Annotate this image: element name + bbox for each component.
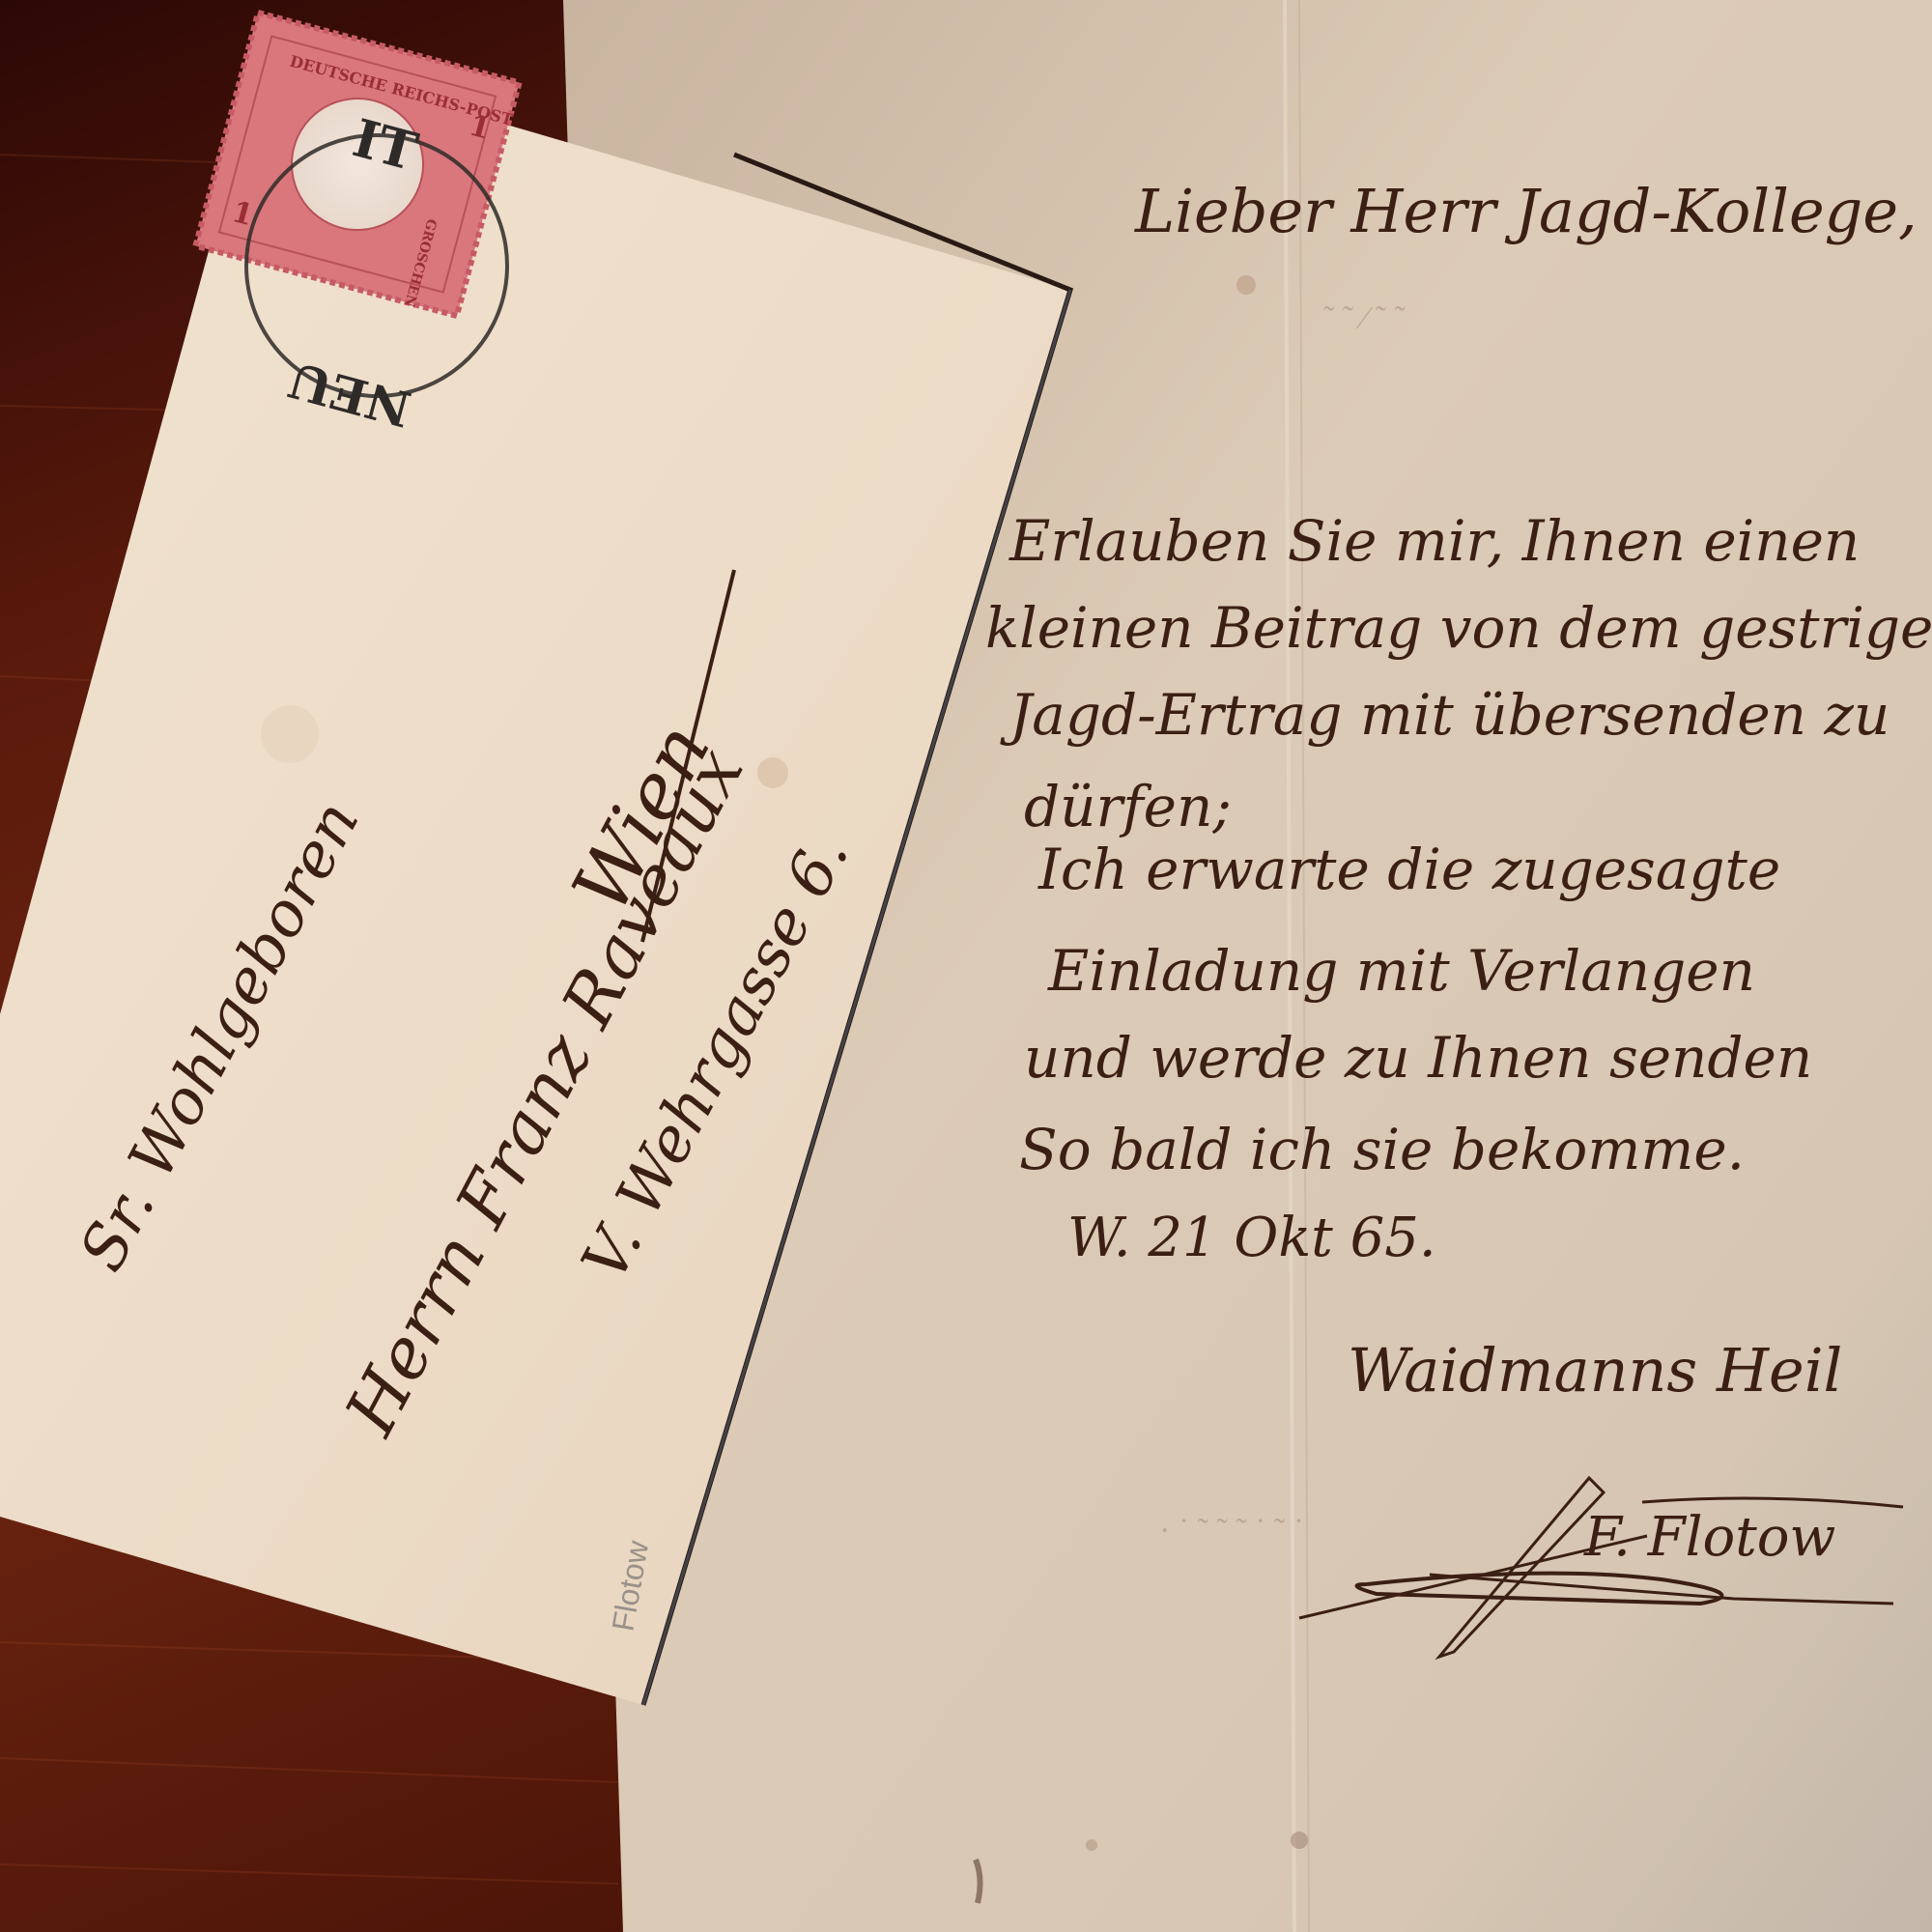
letter-line: Jagd-Ertrag mit übersenden zu bbox=[1000, 682, 1889, 748]
letter-line: kleinen Beitrag von dem gestrigen bbox=[985, 595, 1932, 661]
letter-line: und werde zu Ihnen senden bbox=[1024, 1025, 1812, 1091]
letter-line: Einladung mit Verlangen bbox=[1047, 938, 1755, 1004]
scene-svg: ˜ ˜ ⁄ ˜ ˜ · ˙ ˜ ˜ ˜ ˙ ˜ ˙ Lieber Herr Ja… bbox=[0, 0, 1932, 1932]
letter-line: Ich erwarte die zugesagte bbox=[1037, 837, 1780, 902]
letter-line: So bald ich sie bekomme. bbox=[1019, 1117, 1745, 1182]
letter-closing: Waidmanns Heil bbox=[1348, 1335, 1842, 1406]
letter-salutation: Lieber Herr Jagd-Kollege, bbox=[1134, 176, 1918, 246]
letter-date: W. 21 Okt 65. bbox=[1067, 1207, 1436, 1269]
bleed-through-text: ˜ ˜ ⁄ ˜ ˜ bbox=[1323, 300, 1406, 336]
letter-line: dürfen; bbox=[1024, 774, 1232, 839]
bleed-through-text-2: · ˙ ˜ ˜ ˜ ˙ ˜ ˙ bbox=[1159, 1513, 1304, 1548]
photo-scene: ˜ ˜ ⁄ ˜ ˜ · ˙ ˜ ˜ ˜ ˙ ˜ ˙ Lieber Herr Ja… bbox=[0, 0, 1932, 1932]
signature-text: F. Flotow bbox=[1583, 1506, 1835, 1569]
letter-line: Erlauben Sie mir, Ihnen einen bbox=[1009, 508, 1860, 574]
